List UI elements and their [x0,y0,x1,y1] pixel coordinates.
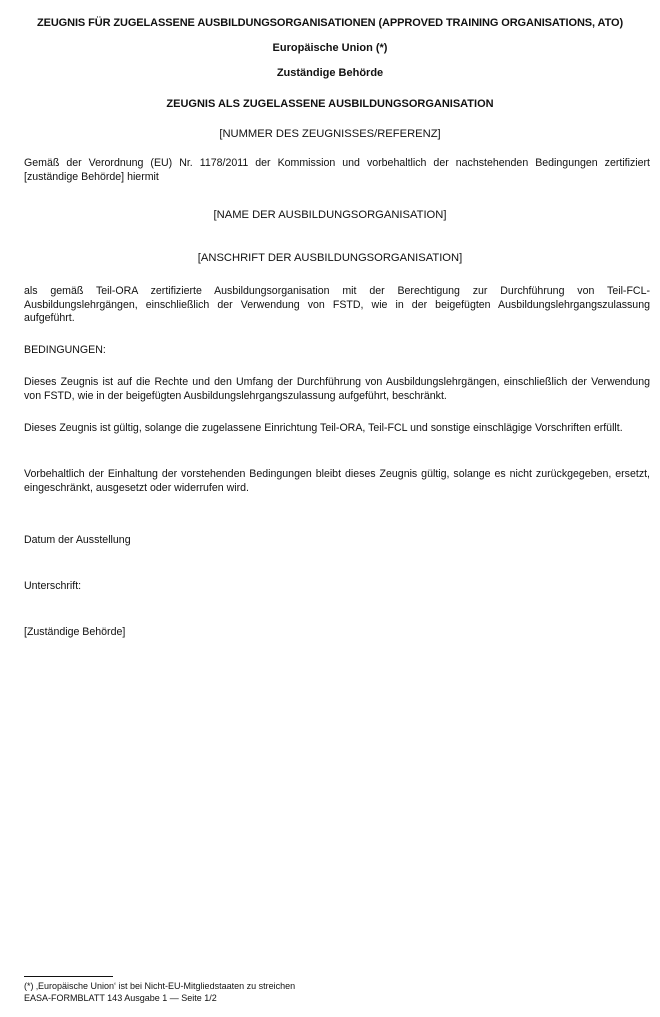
footnote-divider [24,976,113,977]
authority-line: Zuständige Behörde [0,67,660,79]
condition-3: Vorbehaltlich der Einhaltung der vorsteh… [24,468,650,495]
footnote: (*) ‚Europäische Union‘ ist bei Nicht-EU… [24,981,295,993]
authority-placeholder: [Zuständige Behörde] [24,626,125,638]
condition-1: Dieses Zeugnis ist auf die Rechte und de… [24,376,650,403]
certificate-number: [NUMMER DES ZEUGNISSES/REFERENZ] [0,128,660,140]
union-line: Europäische Union (*) [0,42,660,54]
organisation-name: [NAME DER AUSBILDUNGSORGANISATION] [0,209,660,221]
scope-paragraph: als gemäß Teil-ORA zertifizierte Ausbild… [24,285,650,326]
document-title: ZEUGNIS FÜR ZUGELASSENE AUSBILDUNGSORGAN… [0,17,660,29]
organisation-address: [ANSCHRIFT DER AUSBILDUNGSORGANISATION] [0,252,660,264]
form-reference: EASA-FORMBLATT 143 Ausgabe 1 — Seite 1/2 [24,993,217,1005]
certificate-heading: ZEUGNIS ALS ZUGELASSENE AUSBILDUNGSORGAN… [0,98,660,110]
conditions-heading: BEDINGUNGEN: [24,344,106,356]
signature-label: Unterschrift: [24,580,81,592]
condition-2: Dieses Zeugnis ist gültig, solange die z… [24,422,650,436]
intro-paragraph: Gemäß der Verordnung (EU) Nr. 1178/2011 … [24,157,650,184]
issue-date-label: Datum der Ausstellung [24,534,131,546]
document-page: ZEUGNIS FÜR ZUGELASSENE AUSBILDUNGSORGAN… [0,0,660,1017]
